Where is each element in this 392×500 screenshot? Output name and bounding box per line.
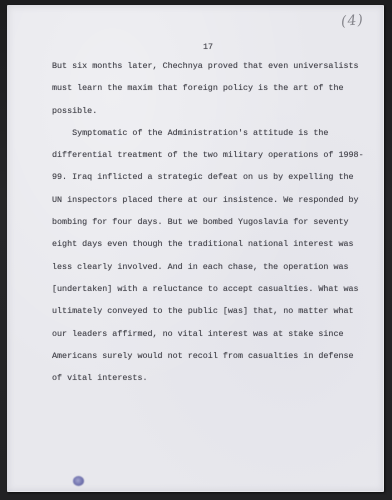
text-line: less clearly involved. And in each chase… [52,256,378,278]
document-page: (4) 17 But six months later, Chechnya pr… [7,5,384,492]
text-line: our leaders affirmed, no vital interest … [52,323,378,345]
text-line: of vital interests. [52,367,378,389]
body-text: But six months later, Chechnya proved th… [52,55,378,389]
text-line: ultimately conveyed to the public [was] … [52,300,378,322]
text-line: differential treatment of the two milita… [52,144,378,166]
text-line: UN inspectors placed there at our insist… [52,189,378,211]
ink-stamp-icon [73,476,84,486]
text-line: possible. [52,100,378,122]
text-line: eight days even though the traditional n… [52,233,378,255]
text-line: must learn the maxim that foreign policy… [52,77,378,99]
text-line: But six months later, Chechnya proved th… [52,55,378,77]
handwritten-annotation: (4) [340,12,364,30]
text-line: 99. Iraq inflicted a strategic defeat on… [52,166,378,188]
text-line: [undertaken] with a reluctance to accept… [52,278,378,300]
text-line: Symptomatic of the Administration's atti… [52,122,378,144]
scanned-page-photo: (4) 17 But six months later, Chechnya pr… [0,0,392,500]
text-line: bombing for four days. But we bombed Yug… [52,211,378,233]
text-line: Americans surely would not recoil from c… [52,345,378,367]
